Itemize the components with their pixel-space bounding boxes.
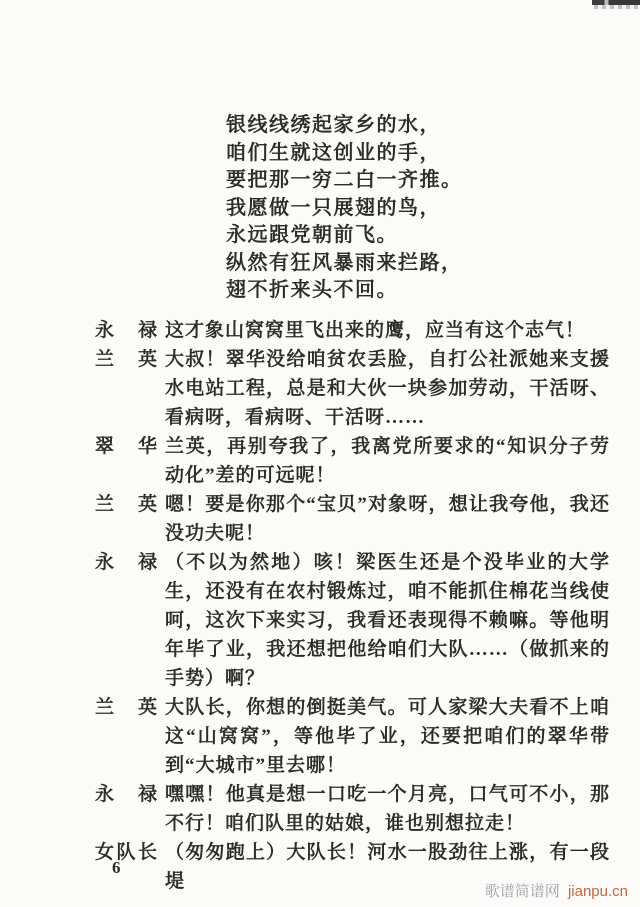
speaker-name: 兰英: [95, 693, 157, 722]
poem-line: 我愿做一只展翅的鸟，: [226, 195, 463, 223]
dialogue-text: 大队长，你想的倒挺美气。可人家梁大夫看不上咱这“山窝窝”，等他毕了业，还要把咱们…: [165, 693, 610, 780]
dialogue-text: 嗯！要是你那个“宝贝”对象呀，想让我夸他，我还没功夫呢！: [165, 490, 610, 548]
speaker-name: 翠华: [95, 432, 157, 461]
dialogue-row: 兰英 大队长，你想的倒挺美气。可人家梁大夫看不上咱这“山窝窝”，等他毕了业，还要…: [95, 693, 610, 780]
dialogue-text: 兰英，再别夸我了，我离党所要求的“知识分子劳动化”差的可远呢！: [165, 432, 610, 490]
dialogue-text: 嘿嘿！他真是想一口吃一个月亮，口气可不小，那不行！咱们队里的姑娘，谁也别想拉走！: [165, 780, 610, 838]
dialogue-row: 兰英 嗯！要是你那个“宝贝”对象呀，想让我夸他，我还没功夫呢！: [95, 490, 610, 548]
page-number: 6: [112, 858, 121, 878]
dialogue-text: 这才象山窝窝里飞出来的鹰，应当有这个志气！: [165, 316, 610, 345]
dialogue-text: 大叔！翠华没给咱贫农丢脸，自打公社派她来支援水电站工程，总是和大伙一块参加劳动，…: [165, 345, 610, 432]
poem-line: 纵然有狂风暴雨来拦路，: [226, 250, 463, 278]
poem-line: 翅不折来头不回。: [226, 277, 463, 305]
speaker-name: 永禄: [95, 316, 157, 345]
poem-line: 要把那一穷二白一齐推。: [226, 167, 463, 195]
speaker-name: 永禄: [95, 548, 157, 577]
song-verse-block: 银线线绣起家乡的水， 咱们生就这创业的手， 要把那一穷二白一齐推。 我愿做一只展…: [226, 112, 463, 305]
speaker-name: 兰英: [95, 345, 157, 374]
poem-line: 咱们生就这创业的手，: [226, 140, 463, 168]
dialogue-row: 兰英 大叔！翠华没给咱贫农丢脸，自打公社派她来支援水电站工程，总是和大伙一块参加…: [95, 345, 610, 432]
dialogue-text: （不以为然地）咳！梁医生还是个没毕业的大学生，还没有在农村锻炼过，咱不能抓住棉花…: [165, 548, 610, 693]
poem-line: 银线线绣起家乡的水，: [226, 112, 463, 140]
dialogue-row: 永禄 （不以为然地）咳！梁医生还是个没毕业的大学生，还没有在农村锻炼过，咱不能抓…: [95, 548, 610, 693]
scanned-book-page: 银线线绣起家乡的水， 咱们生就这创业的手， 要把那一穷二白一齐推。 我愿做一只展…: [0, 0, 640, 907]
speaker-name: 女队长: [95, 838, 157, 867]
watermark-site-url: jianpu.cn: [568, 883, 628, 900]
script-dialogue-block: 永禄 这才象山窝窝里飞出来的鹰，应当有这个志气！ 兰英 大叔！翠华没给咱贫农丢脸…: [95, 316, 610, 896]
speaker-name: 永禄: [95, 780, 157, 809]
speaker-name: 兰英: [95, 490, 157, 519]
dialogue-row: 永禄 这才象山窝窝里飞出来的鹰，应当有这个志气！: [95, 316, 610, 345]
watermark-site-name: 歌谱简谱网: [485, 883, 560, 900]
watermark: 歌谱简谱网 jianpu.cn: [485, 880, 628, 901]
dialogue-row: 翠华 兰英，再别夸我了，我离党所要求的“知识分子劳动化”差的可远呢！: [95, 432, 610, 490]
dialogue-row: 永禄 嘿嘿！他真是想一口吃一个月亮，口气可不小，那不行！咱们队里的姑娘，谁也别想…: [95, 780, 610, 838]
poem-line: 永远跟党朝前飞。: [226, 222, 463, 250]
scan-edge-artifact-speckle: [594, 5, 638, 9]
